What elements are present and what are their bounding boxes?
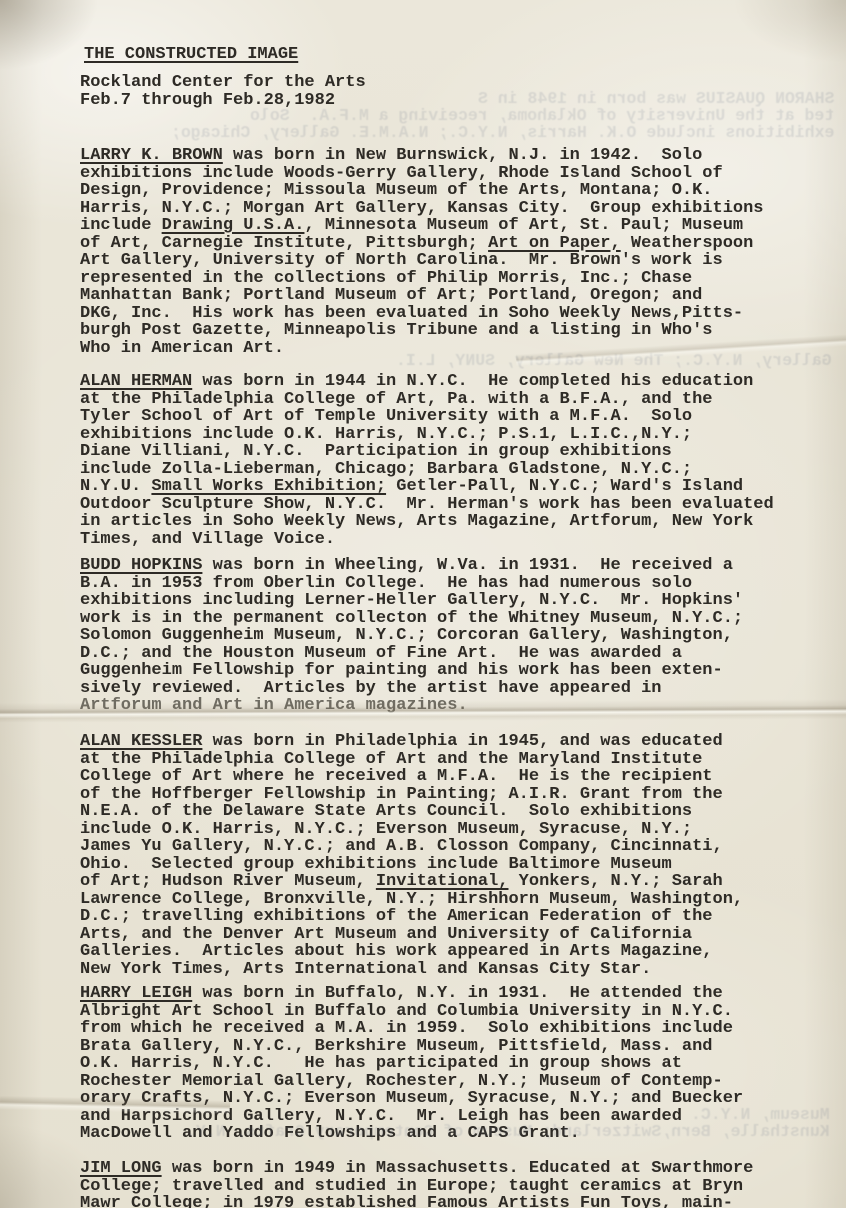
text-line: Lawrence College, Bronxville, N.Y.; Hirs… xyxy=(80,891,743,909)
bio-paragraph-alan-kessler: ALAN KESSLER was born in Philadelphia in… xyxy=(80,733,743,978)
text-line: Outdoor Sculpture Show, N.Y.C. Mr. Herma… xyxy=(80,496,774,514)
text-line: O.K. Harris, N.Y.C. He has participated … xyxy=(80,1055,743,1073)
text-line: exhibitions including Lerner-Heller Gall… xyxy=(80,592,743,610)
text-line: N.Y.U. Small Works Exhibition; Getler-Pa… xyxy=(80,478,774,496)
bleedthrough-text: Gallery, N.Y.C.; The New Gallery, SUNY, … xyxy=(396,352,832,370)
text-line: Galleries. Articles about his work appea… xyxy=(80,943,743,961)
text-line: Harris, N.Y.C.; Morgan Art Gallery, Kans… xyxy=(80,200,764,218)
document-title-text: THE CONSTRUCTED IMAGE xyxy=(84,45,298,64)
text-line: Guggenheim Fellowship for painting and h… xyxy=(80,662,743,680)
text-line: sively reviewed. Articles by the artist … xyxy=(80,680,743,698)
underlined-text: BUDD HOPKINS xyxy=(80,556,202,575)
text-line: Rochester Memorial Gallery, Rochester, N… xyxy=(80,1073,743,1091)
underlined-text: Drawing U.S.A. xyxy=(162,216,305,235)
text-line: Manhattan Bank; Portland Museum of Art; … xyxy=(80,287,764,305)
text-line: BUDD HOPKINS was born in Wheeling, W.Va.… xyxy=(80,557,743,575)
text-line: represented in the collections of Philip… xyxy=(80,270,764,288)
text-line: orary Crafts, N.Y.C.; Everson Museum, Sy… xyxy=(80,1090,743,1108)
bio-paragraph-alan-herman: ALAN HERMAN was born in 1944 in N.Y.C. H… xyxy=(80,373,774,548)
text-line: of Art, Carnegie Institute, Pittsburgh; … xyxy=(80,235,764,253)
text-line: ALAN HERMAN was born in 1944 in N.Y.C. H… xyxy=(80,373,774,391)
text-line: include Zolla-Lieberman, Chicago; Barbar… xyxy=(80,461,774,479)
text-line: in articles in Soho Weekly News, Arts Ma… xyxy=(80,513,774,531)
text-line: Brata Gallery, N.Y.C., Berkshire Museum,… xyxy=(80,1038,743,1056)
bleedthrough-text: Kunsthalle, Bern,Switzerland; Museum of … xyxy=(186,1123,830,1141)
text-line: ALAN KESSLER was born in Philadelphia in… xyxy=(80,733,743,751)
bleedthrough-text: ted at the University of Oklahoma, recei… xyxy=(250,107,834,125)
text-line: College of Art where he received a M.F.A… xyxy=(80,768,743,786)
text-line: Albright Art School in Buffalo and Colum… xyxy=(80,1003,743,1021)
bio-paragraph-harry-leigh: HARRY LEIGH was born in Buffalo, N.Y. in… xyxy=(80,985,743,1143)
bio-paragraph-larry-k-brown: LARRY K. BROWN was born in New Burnswick… xyxy=(80,147,764,357)
text-line: at the Philadelphia College of Art and t… xyxy=(80,751,743,769)
text-line: James Yu Gallery, N.Y.C.; and A.B. Closs… xyxy=(80,838,743,856)
text-line: DKG, Inc. His work has been evaluated in… xyxy=(80,305,764,323)
bio-paragraph-jim-long: JIM LONG was born in 1949 in Massachuset… xyxy=(80,1160,753,1208)
text-line: Solomon Guggenheim Museum, N.Y.C.; Corco… xyxy=(80,627,743,645)
text-line: JIM LONG was born in 1949 in Massachuset… xyxy=(80,1160,753,1178)
text-line: Mawr College; in 1979 established Famous… xyxy=(80,1195,753,1208)
text-line: D.C.; travelling exhibitions of the Amer… xyxy=(80,908,743,926)
text-line: work is in the permanent collecton of th… xyxy=(80,610,743,628)
venue-line: Rockland Center for the Arts xyxy=(80,74,366,92)
text-line: D.C.; and the Houston Museum of Fine Art… xyxy=(80,645,743,663)
text-line: include Drawing U.S.A., Minnesota Museum… xyxy=(80,217,764,235)
text-line: HARRY LEIGH was born in Buffalo, N.Y. in… xyxy=(80,985,743,1003)
underlined-text: HARRY LEIGH xyxy=(80,984,192,1003)
text-line: at the Philadelphia College of Art, Pa. … xyxy=(80,391,774,409)
text-line: of Art; Hudson River Museum, Invitationa… xyxy=(80,873,743,891)
underlined-text: Invitational, xyxy=(376,872,509,891)
bleedthrough-text: SHARON QUASIUS was born in 1948 in S xyxy=(478,90,834,108)
bio-paragraph-budd-hopkins: BUDD HOPKINS was born in Wheeling, W.Va.… xyxy=(80,557,743,715)
underlined-text: ALAN KESSLER xyxy=(80,732,202,751)
text-line: Art Gallery, University of North Carolin… xyxy=(80,252,764,270)
underlined-text: Art on Paper, xyxy=(488,234,621,253)
text-line: LARRY K. BROWN was born in New Burnswick… xyxy=(80,147,764,165)
text-line: N.E.A. of the Delaware State Arts Counci… xyxy=(80,803,743,821)
bleedthrough-text: Museum, N.Y.C. xyxy=(691,1106,830,1124)
text-line: burgh Post Gazette, Minneapolis Tribune … xyxy=(80,322,764,340)
text-line: from which he received a M.A. in 1959. S… xyxy=(80,1020,743,1038)
underlined-text: Small Works Exhibition; xyxy=(151,477,386,496)
text-line: exhibitions include Woods-Gerry Gallery,… xyxy=(80,165,764,183)
text-line: Artforum and Art in America magazines. xyxy=(80,697,743,715)
text-line: New York Times, Arts International and K… xyxy=(80,961,743,979)
text-line: include O.K. Harris, N.Y.C.; Everson Mus… xyxy=(80,821,743,839)
underlined-text: ALAN HERMAN xyxy=(80,372,192,391)
text-line: Ohio. Selected group exhibitions include… xyxy=(80,856,743,874)
text-line: Arts, and the Denver Art Museum and Univ… xyxy=(80,926,743,944)
text-line: Design, Providence; Missoula Museum of t… xyxy=(80,182,764,200)
underlined-text: JIM LONG xyxy=(80,1159,162,1178)
text-line: Diane Villiani, N.Y.C. Participation in … xyxy=(80,443,774,461)
text-line: B.A. in 1953 from Oberlin College. He ha… xyxy=(80,575,743,593)
text-line: College; travelled and studied in Europe… xyxy=(80,1178,753,1196)
underlined-text: LARRY K. BROWN xyxy=(80,146,223,165)
bleedthrough-text: exhibitions include O.K. Harris, N.Y.C.;… xyxy=(171,124,834,142)
text-segment: Artforum and Art in America magazines. xyxy=(80,696,468,715)
document-title: THE CONSTRUCTED IMAGE xyxy=(84,46,298,64)
text-line: Times, and Village Voice. xyxy=(80,531,774,549)
scanned-document-page: THE CONSTRUCTED IMAGE Rockland Center fo… xyxy=(0,0,846,1208)
text-line: exhibitions include O.K. Harris, N.Y.C.;… xyxy=(80,426,774,444)
text-line: Tyler School of Art of Temple University… xyxy=(80,408,774,426)
text-line: of the Hoffberger Fellowship in Painting… xyxy=(80,786,743,804)
